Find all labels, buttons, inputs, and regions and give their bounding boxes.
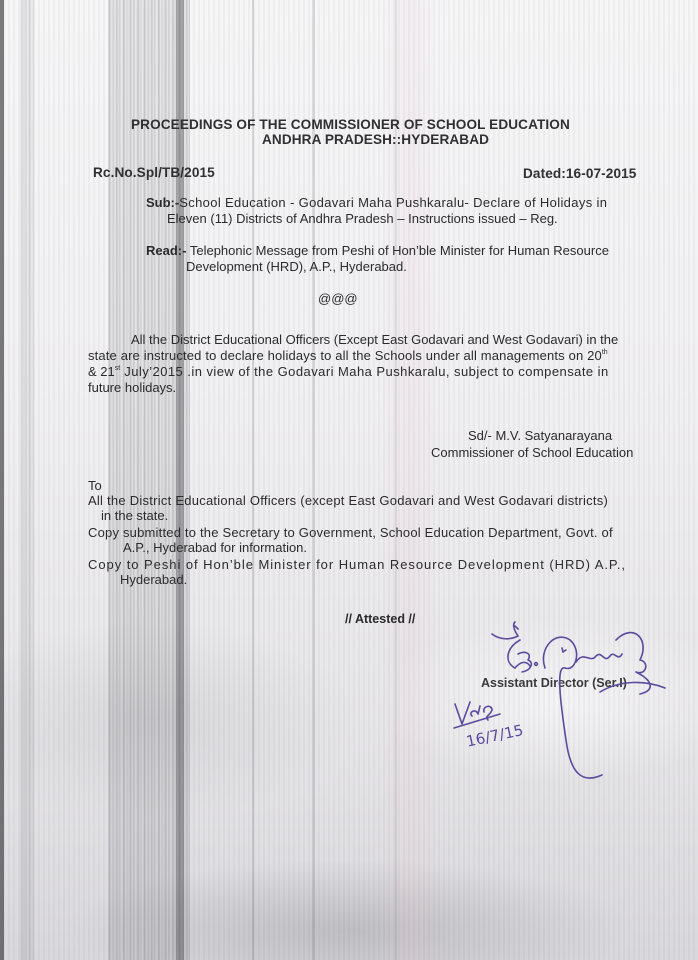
read-text: Telephonic Message from Peshi of Hon’ble… (190, 243, 609, 258)
read-label: Read:- (146, 243, 186, 258)
read-text-cont: Development (HRD), A.P., Hyderabad. (186, 259, 407, 274)
copy-to-line: Hyderabad. (120, 572, 187, 587)
attesting-officer: Assistant Director (Ser.I) (481, 676, 627, 691)
recipient-line: in the state. (101, 508, 168, 523)
attested-label: // Attested // (345, 612, 415, 627)
body-paragraph-line: future holidays. (88, 380, 176, 395)
subject-text: School Education - Godavari Maha Pushkar… (179, 195, 607, 210)
recipient-line: All the District Educational Officers (e… (88, 493, 608, 508)
copy-to-line: A.P., Hyderabad for information. (123, 540, 307, 555)
subject-text-cont: Eleven (11) Districts of Andhra Pradesh … (167, 211, 558, 226)
body-paragraph-line: & 21st July’2015 .in view of the Godavar… (88, 364, 609, 379)
document-heading: PROCEEDINGS OF THE COMMISSIONER OF SCHOO… (131, 117, 570, 132)
copy-to-line: Copy to Peshi of Hon’ble Minister for Hu… (88, 557, 626, 572)
document-date: Dated:16-07-2015 (523, 166, 636, 181)
subject-label: Sub:- (146, 195, 179, 210)
body-paragraph-line: All the District Educational Officers (E… (131, 332, 618, 347)
document-subheading: ANDHRA PRADESH::HYDERABAD (262, 132, 489, 147)
reference-number: Rc.No.Spl/TB/2015 (93, 165, 215, 180)
separator: @@@ (318, 291, 358, 306)
subject-block: Sub:-School Education - Godavari Maha Pu… (146, 195, 607, 210)
read-block: Read:- Telephonic Message from Peshi of … (146, 243, 609, 258)
copy-to-line: Copy submitted to the Secretary to Gover… (88, 525, 613, 540)
to-label: To (88, 478, 102, 493)
signed-by: Sd/- M.V. Satyanarayana (468, 428, 612, 443)
body-paragraph-line: state are instructed to declare holidays… (88, 348, 644, 363)
signatory-title: Commissioner of School Education (431, 445, 633, 460)
